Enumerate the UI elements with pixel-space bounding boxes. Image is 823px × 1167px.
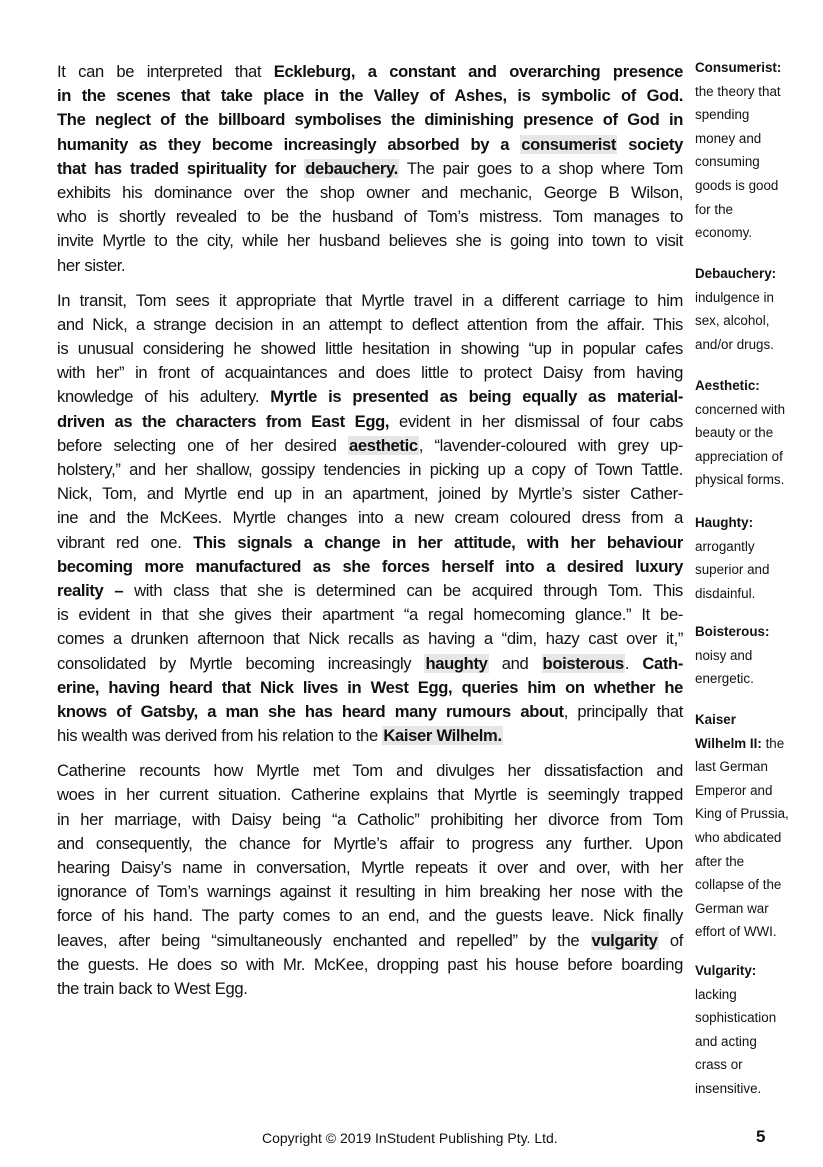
text-line: is unusual considering he showed little … — [57, 337, 683, 361]
glossary-entry: Consumerist:the theory thatspendingmoney… — [695, 56, 820, 245]
text-line: becoming more manufactured as she forces… — [57, 555, 683, 579]
glossary-definition: German war — [695, 897, 820, 921]
text-run: woes in her current situation. Catherine… — [57, 785, 683, 804]
text-run: of — [659, 931, 683, 950]
text-run: leaves, after being “simultaneously ench… — [57, 931, 591, 950]
glossary-definition: indulgence in — [695, 286, 820, 310]
glossary-definition: appreciation of — [695, 445, 820, 469]
text-line: ignorance of Tom’s warnings against it r… — [57, 880, 683, 904]
bold-text: Myrtle is presented as being equally as … — [270, 387, 683, 406]
text-run: It can be interpreted that — [57, 62, 274, 81]
text-line: invite Myrtle to the city, while her hus… — [57, 229, 683, 253]
text-run: the guests. He does so with Mr. McKee, d… — [57, 955, 683, 974]
text-run: , “lavender-coloured with grey up- — [419, 436, 683, 455]
bold-text: Eckleburg, a constant and overarching pr… — [274, 62, 683, 81]
bold-text: in the scenes that take place in the Val… — [57, 86, 683, 105]
text-line: leaves, after being “simultaneously ench… — [57, 929, 683, 953]
text-line: Nick, Tom, and Myrtle end up in an apart… — [57, 482, 683, 506]
bold-text: erine, having heard that Nick lives in W… — [57, 678, 683, 697]
glossary-entry: Vulgarity:lackingsophisticationand actin… — [695, 959, 820, 1101]
text-run: with class that she is determined can be… — [123, 581, 683, 600]
text-line: Catherine recounts how Myrtle met Tom an… — [57, 759, 683, 783]
text-run: the train back to West Egg. — [57, 979, 247, 998]
text-line: with her” in front of acquaintances and … — [57, 361, 683, 385]
text-run: and Nick, a strange decision in an attem… — [57, 315, 683, 334]
text-run: Catherine recounts how Myrtle met Tom an… — [57, 761, 683, 780]
bold-text: knows of Gatsby, a man she has heard man… — [57, 702, 564, 721]
text-line: vibrant red one. This signals a change i… — [57, 531, 683, 555]
glossary-definition: energetic. — [695, 667, 820, 691]
text-line: In transit, Tom sees it appropriate that… — [57, 289, 683, 313]
text-line: in her marriage, with Daisy being “a Cat… — [57, 808, 683, 832]
glossary-entry: Boisterous:noisy andenergetic. — [695, 620, 820, 691]
glossary-definition: consuming — [695, 150, 820, 174]
glossary-term: Kaiser — [695, 708, 820, 732]
text-run: The pair goes to a shop where Tom — [399, 159, 683, 178]
glossary-definition: collapse of the — [695, 873, 820, 897]
text-run: knowledge of his adultery. — [57, 387, 270, 406]
text-run: before selecting one of her desired — [57, 436, 348, 455]
glossary-term: Haughty: — [695, 511, 820, 535]
text-run: vibrant red one. — [57, 533, 193, 552]
text-line: that has traded spirituality for debauch… — [57, 157, 683, 181]
text-run: In transit, Tom sees it appropriate that… — [57, 291, 683, 310]
text-line: the train back to West Egg. — [57, 977, 683, 1001]
text-run: hearing Daisy’s name in conversation, My… — [57, 858, 683, 877]
glossary-definition: goods is good — [695, 174, 820, 198]
glossary-term-highlight: Kaiser Wilhelm. — [382, 726, 502, 745]
glossary-term: Boisterous: — [695, 620, 820, 644]
text-line: is evident in that she gives their apart… — [57, 603, 683, 627]
text-line: reality – with class that she is determi… — [57, 579, 683, 603]
glossary-term-highlight: debauchery. — [304, 159, 399, 178]
glossary-term: Consumerist: — [695, 56, 820, 80]
text-run: holstery,” and her shallow, gossipy tend… — [57, 460, 683, 479]
text-run: and — [489, 654, 542, 673]
glossary-definition: sophistication — [695, 1006, 820, 1030]
glossary-definition: crass or — [695, 1053, 820, 1077]
glossary-term: Wilhelm II: — [695, 736, 762, 751]
document-page: It can be interpreted that Eckleburg, a … — [0, 0, 823, 1167]
text-line: ine and the McKees. Myrtle changes into … — [57, 506, 683, 530]
text-line: knows of Gatsby, a man she has heard man… — [57, 700, 683, 724]
glossary-entry: KaiserWilhelm II: thelast GermanEmperor … — [695, 708, 820, 944]
glossary-entry: Aesthetic:concerned withbeauty or theapp… — [695, 374, 820, 492]
text-run: , principally that — [564, 702, 683, 721]
bold-text: The neglect of the billboard symbolises … — [57, 110, 683, 129]
glossary-term-highlight: haughty — [424, 654, 488, 673]
glossary-term-highlight: vulgarity — [591, 931, 659, 950]
text-run: ignorance of Tom’s warnings against it r… — [57, 882, 683, 901]
glossary-definition: money and — [695, 127, 820, 151]
glossary-definition: superior and — [695, 558, 820, 582]
glossary-term-highlight: boisterous — [542, 654, 625, 673]
glossary-definition: lacking — [695, 983, 820, 1007]
text-line: humanity as they become increasingly abs… — [57, 133, 683, 157]
text-run: in her marriage, with Daisy being “a Cat… — [57, 810, 683, 829]
text-run: Nick, Tom, and Myrtle end up in an apart… — [57, 484, 683, 503]
bold-text: humanity as they become increasingly abs… — [57, 135, 520, 154]
text-line: his wealth was derived from his relation… — [57, 724, 683, 748]
glossary-term: Aesthetic: — [695, 374, 820, 398]
bold-text: driven as the characters from East Egg, — [57, 412, 389, 431]
text-line: The neglect of the billboard symbolises … — [57, 108, 683, 132]
bold-text: This signals a change in her attitude, w… — [193, 533, 683, 552]
glossary-definition: effort of WWI. — [695, 920, 820, 944]
text-line: It can be interpreted that Eckleburg, a … — [57, 60, 683, 84]
text-line: force of his hand. The party comes to an… — [57, 904, 683, 928]
glossary-definition: sex, alcohol, — [695, 309, 820, 333]
glossary-term-highlight: aesthetic — [348, 436, 419, 455]
text-run: evident in her dismissal of four cabs — [389, 412, 683, 431]
glossary-definition: physical forms. — [695, 468, 820, 492]
text-line: the guests. He does so with Mr. McKee, d… — [57, 953, 683, 977]
glossary-entry: Debauchery:indulgence insex, alcohol,and… — [695, 262, 820, 356]
glossary-definition: the — [762, 736, 784, 751]
glossary-definition: beauty or the — [695, 421, 820, 445]
text-line: and consequently, the chance for Myrtle’… — [57, 832, 683, 856]
text-run: consolidated by Myrtle becoming increasi… — [57, 654, 424, 673]
paragraph: It can be interpreted that Eckleburg, a … — [57, 60, 683, 278]
text-line: who is shortly revealed to be the husban… — [57, 205, 683, 229]
paragraph: In transit, Tom sees it appropriate that… — [57, 289, 683, 749]
body-text: It can be interpreted that Eckleburg, a … — [57, 60, 683, 1012]
bold-text: Cath- — [642, 654, 683, 673]
text-run: . — [625, 654, 642, 673]
text-line: consolidated by Myrtle becoming increasi… — [57, 652, 683, 676]
text-run: force of his hand. The party comes to an… — [57, 906, 683, 925]
text-run: with her” in front of acquaintances and … — [57, 363, 683, 382]
text-line: erine, having heard that Nick lives in W… — [57, 676, 683, 700]
glossary-definition: last German — [695, 755, 820, 779]
text-line: her sister. — [57, 254, 683, 278]
text-run: his wealth was derived from his relation… — [57, 726, 382, 745]
text-line: woes in her current situation. Catherine… — [57, 783, 683, 807]
text-run: is evident in that she gives their apart… — [57, 605, 683, 624]
glossary-term-highlight: consumerist — [520, 135, 617, 154]
glossary-term: Debauchery: — [695, 262, 820, 286]
text-line: in the scenes that take place in the Val… — [57, 84, 683, 108]
glossary-definition: arrogantly — [695, 535, 820, 559]
text-line: comes a drunken afternoon that Nick reca… — [57, 627, 683, 651]
text-run: is unusual considering he showed little … — [57, 339, 683, 358]
text-line: and Nick, a strange decision in an attem… — [57, 313, 683, 337]
glossary-definition: spending — [695, 103, 820, 127]
text-line: hearing Daisy’s name in conversation, My… — [57, 856, 683, 880]
glossary-definition: after the — [695, 850, 820, 874]
glossary-definition: who abdicated — [695, 826, 820, 850]
paragraph: Catherine recounts how Myrtle met Tom an… — [57, 759, 683, 1001]
bold-text: reality – — [57, 581, 123, 600]
text-line: before selecting one of her desired aest… — [57, 434, 683, 458]
text-run: exhibits his dominance over the shop own… — [57, 183, 683, 202]
text-run: ine and the McKees. Myrtle changes into … — [57, 508, 683, 527]
glossary-definition: Emperor and — [695, 779, 820, 803]
glossary-definition: and acting — [695, 1030, 820, 1054]
glossary-definition: the theory that — [695, 80, 820, 104]
text-line: knowledge of his adultery. Myrtle is pre… — [57, 385, 683, 409]
text-run: comes a drunken afternoon that Nick reca… — [57, 629, 683, 648]
copyright-footer: Copyright © 2019 InStudent Publishing Pt… — [262, 1130, 558, 1146]
text-run: and consequently, the chance for Myrtle’… — [57, 834, 683, 853]
glossary-definition: concerned with — [695, 398, 820, 422]
glossary-entry: Haughty:arrogantlysuperior anddisdainful… — [695, 511, 820, 605]
glossary-definition: noisy and — [695, 644, 820, 668]
text-run: who is shortly revealed to be the husban… — [57, 207, 683, 226]
glossary-definition: for the — [695, 198, 820, 222]
glossary-definition: economy. — [695, 221, 820, 245]
text-line: holstery,” and her shallow, gossipy tend… — [57, 458, 683, 482]
page-number: 5 — [756, 1127, 765, 1147]
glossary-definition: disdainful. — [695, 582, 820, 606]
glossary-definition: King of Prussia, — [695, 802, 820, 826]
text-run: invite Myrtle to the city, while her hus… — [57, 231, 683, 250]
glossary-term: Vulgarity: — [695, 959, 820, 983]
bold-text: becoming more manufactured as she forces… — [57, 557, 683, 576]
glossary-definition: insensitive. — [695, 1077, 820, 1101]
bold-text: society — [617, 135, 683, 154]
glossary-definition: and/or drugs. — [695, 333, 820, 357]
bold-text: that has traded spirituality for — [57, 159, 304, 178]
text-line: exhibits his dominance over the shop own… — [57, 181, 683, 205]
text-line: driven as the characters from East Egg, … — [57, 410, 683, 434]
text-run: her sister. — [57, 256, 125, 275]
